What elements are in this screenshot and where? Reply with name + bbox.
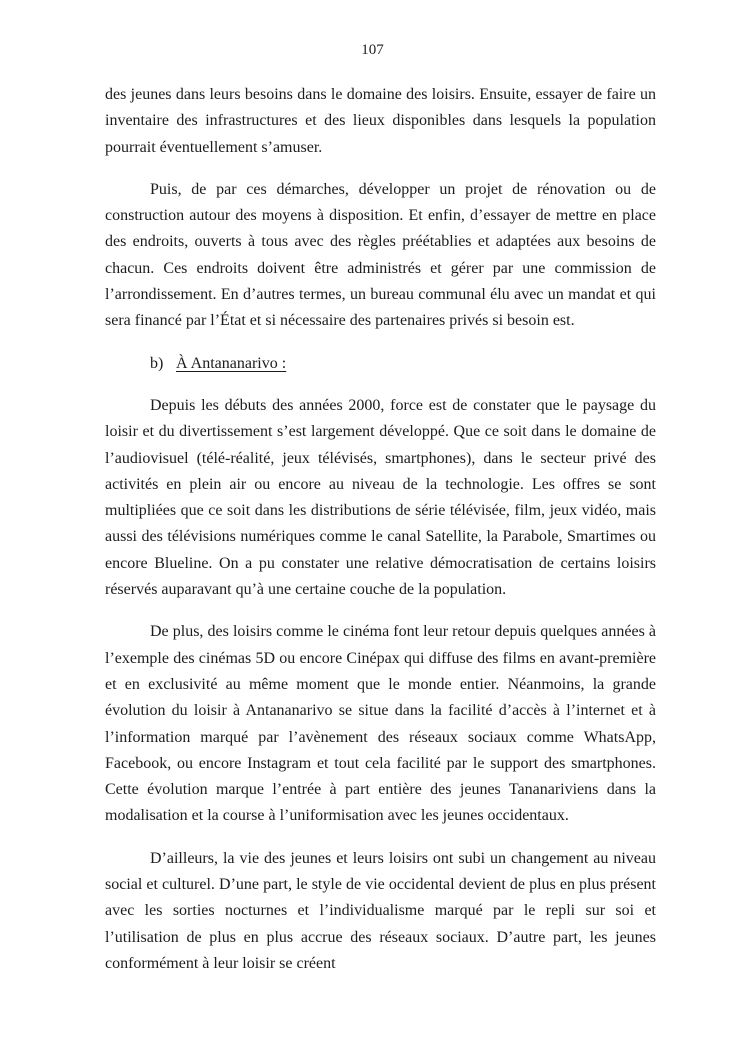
heading-marker: b) xyxy=(150,351,176,377)
paragraph: Depuis les débuts des années 2000, force… xyxy=(105,393,656,603)
paragraph-continuation: des jeunes dans leurs besoins dans le do… xyxy=(105,82,656,161)
document-page: 107 des jeunes dans leurs besoins dans l… xyxy=(0,0,745,1053)
section-heading: b)À Antananarivo : xyxy=(105,351,656,377)
page-content: des jeunes dans leurs besoins dans le do… xyxy=(105,82,656,993)
paragraph: De plus, des loisirs comme le cinéma fon… xyxy=(105,619,656,829)
paragraph: Puis, de par ces démarches, développer u… xyxy=(105,177,656,335)
paragraph: D’ailleurs, la vie des jeunes et leurs l… xyxy=(105,846,656,977)
page-number: 107 xyxy=(0,42,745,59)
heading-title: À Antananarivo : xyxy=(176,355,286,372)
